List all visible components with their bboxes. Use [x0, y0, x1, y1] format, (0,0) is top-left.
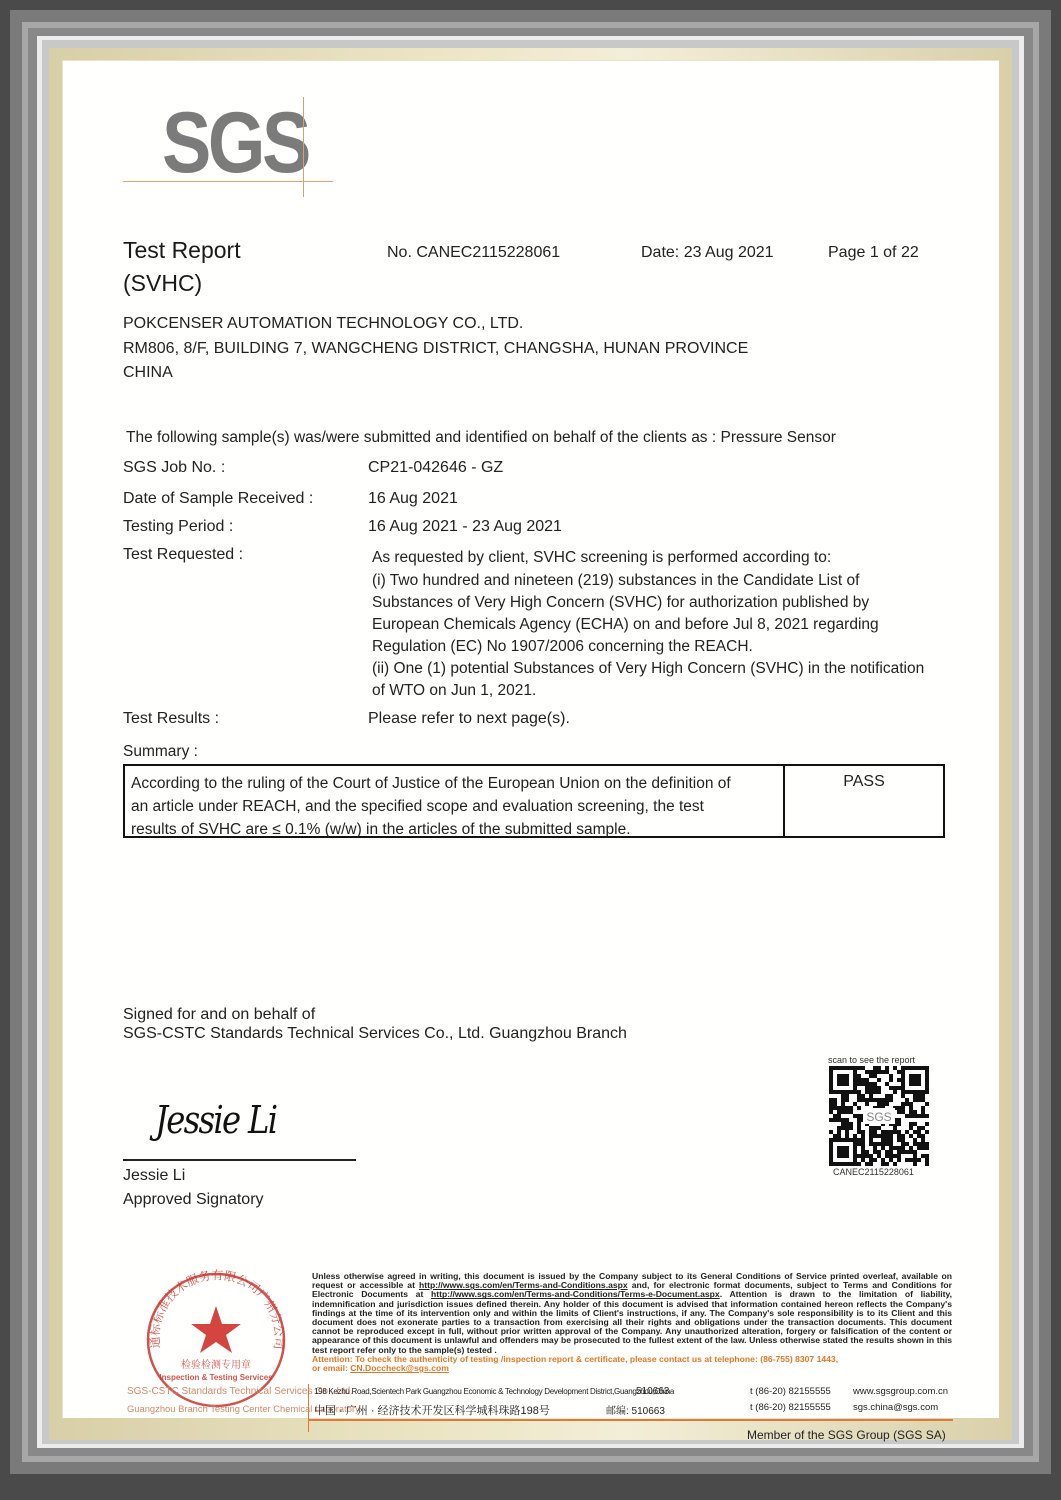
footer-address-en: 198 Kezhu Road,Scientech Park Guangzhou … [314, 1387, 674, 1396]
client-country: CHINA [123, 364, 173, 382]
signing-company: SGS-CSTC Standards Technical Services Co… [123, 1025, 627, 1043]
summary-line: According to the ruling of the Court of … [131, 772, 777, 795]
summary-statement: According to the ruling of the Court of … [125, 766, 785, 836]
terms-text: . Attention is drawn to the limitation o… [312, 1289, 952, 1354]
summary-label: Summary : [123, 743, 198, 761]
svg-text:检验检测专用章: 检验检测专用章 [181, 1358, 251, 1371]
summary-line: results of SVHC are ≤ 0.1% (w/w) in the … [131, 818, 777, 841]
footer-rule-vertical [308, 1384, 309, 1432]
sgs-logo: SGS [162, 100, 308, 186]
signatory-name: Jessie Li [123, 1167, 185, 1185]
test-requested-line: Substances of Very High Concern (SVHC) f… [372, 594, 869, 612]
field-label-test-requested: Test Requested : [123, 546, 243, 564]
test-requested-line: of WTO on Jun 1, 2021. [372, 682, 536, 700]
footer-postcode-en: 510663 [636, 1386, 669, 1397]
qr-report-id: CANEC2115228061 [833, 1167, 914, 1177]
footer-address-cn: 中国 · 广州 · 经济技术开发区科学城科珠路198号 [314, 1402, 550, 1418]
logo-rule-vertical [303, 97, 304, 197]
authenticity-text: or email: [312, 1363, 350, 1373]
handwritten-signature: Jessie Li [155, 1098, 276, 1142]
page-indicator: Page 1 of 22 [828, 244, 919, 262]
footer-rule [308, 1419, 953, 1421]
field-value-job-no: CP21-042646 - GZ [368, 459, 503, 477]
test-requested-line: European Chemicals Agency (ECHA) on and … [372, 616, 879, 634]
field-value-date-received: 16 Aug 2021 [368, 490, 458, 508]
summary-table: According to the ruling of the Court of … [123, 764, 945, 838]
field-label-date-received: Date of Sample Received : [123, 490, 313, 508]
authenticity-notice: Attention: To check the authenticity of … [312, 1355, 952, 1373]
sample-intro: The following sample(s) was/were submitt… [126, 429, 836, 447]
test-requested-line: (i) Two hundred and nineteen (219) subst… [372, 572, 859, 590]
signed-on-behalf: Signed for and on behalf of [123, 1006, 315, 1024]
client-address: RM806, 8/F, BUILDING 7, WANGCHENG DISTRI… [123, 340, 748, 358]
footer-tel-1: t (86-20) 82155555 [750, 1386, 831, 1397]
logo-rule-horizontal [123, 181, 333, 182]
footer-tel-2: t (86-20) 82155555 [750, 1402, 831, 1413]
test-requested-line: (ii) One (1) potential Substances of Ver… [372, 660, 924, 678]
qr-caption: scan to see the report [828, 1055, 915, 1065]
test-requested-line: Regulation (EC) No 1907/2006 concerning … [372, 638, 753, 656]
field-label-job-no: SGS Job No. : [123, 459, 225, 477]
svg-text:SGS: SGS [866, 1110, 891, 1124]
field-label-testing-period: Testing Period : [123, 518, 233, 536]
signature-line [123, 1159, 356, 1161]
sgs-group-membership: Member of the SGS Group (SGS SA) [747, 1428, 946, 1442]
official-seal-stamp: 通标标准技术服务有限公司广州分公司 检验检测专用章 Inspection & T… [128, 1268, 303, 1423]
summary-line: an article under REACH, and the specifie… [131, 795, 777, 818]
summary-result: PASS [785, 766, 943, 836]
footer-email-link[interactable]: sgs.china@sgs.com [853, 1402, 938, 1413]
doccheck-email-link[interactable]: CN.Doccheck@sgs.com [350, 1363, 449, 1373]
report-subtitle: (SVHC) [123, 270, 202, 297]
report-number: No. CANEC2115228061 [387, 244, 560, 262]
qr-code-icon[interactable]: SGS [829, 1066, 929, 1166]
signatory-role: Approved Signatory [123, 1191, 264, 1209]
field-label-test-results: Test Results : [123, 710, 219, 728]
footer-website-link[interactable]: www.sgsgroup.com.cn [853, 1386, 948, 1397]
terms-fine-print: Unless otherwise agreed in writing, this… [312, 1272, 952, 1373]
field-value-test-results: Please refer to next page(s). [368, 710, 570, 728]
client-name: POKCENSER AUTOMATION TECHNOLOGY CO., LTD… [123, 315, 523, 333]
test-requested-line: As requested by client, SVHC screening i… [372, 549, 831, 567]
svg-text:Inspection & Testing Services: Inspection & Testing Services [159, 1373, 273, 1382]
report-title: Test Report [123, 237, 241, 264]
report-date: Date: 23 Aug 2021 [641, 244, 774, 262]
footer-postcode-cn: 邮编: 510663 [606, 1402, 665, 1417]
field-value-testing-period: 16 Aug 2021 - 23 Aug 2021 [368, 518, 562, 536]
